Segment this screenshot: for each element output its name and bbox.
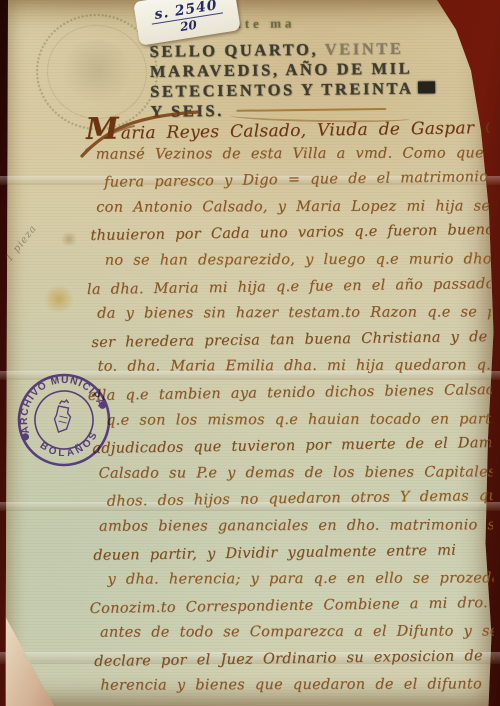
svg-text:BOLAÑOS: BOLAÑOS — [36, 426, 105, 465]
ink-blot-box — [418, 81, 435, 93]
fiscal-stamp-faded-word: VEINTE — [325, 39, 404, 59]
manuscript-line: la dha. Maria mi hija q.e fue en el año … — [87, 271, 491, 304]
handwritten-text-body: Maria Reyes Calsado, Viuda de Gaspar Gue… — [85, 112, 494, 706]
stamp-crest-icon — [47, 398, 76, 436]
manuscript-line: y dha. herencia; y para q.e en ello se p… — [89, 565, 493, 593]
manuscript-line: to. dha. Maria Emilia dha. mi hija queda… — [88, 353, 492, 381]
manuscript-line: ambos bienes gananciales en dho. matrimo… — [89, 512, 493, 540]
manuscript-line: fuera paresco y Digo = que de el matrimo… — [86, 164, 490, 197]
scanned-document-photo: Veinte ma s. 2540 20 SELLO QUARTO, VEINT… — [0, 0, 500, 706]
manuscript-line: Calsado su P.e y demas de los bienes Cap… — [89, 459, 493, 487]
manuscript-line: no se han desparezido, y luego q.e murio… — [87, 246, 491, 274]
manuscript-line: ser heredera precisa tan buena Christian… — [87, 324, 491, 357]
manuscript-line: herencia y bienes que quedaron de el dif… — [90, 672, 494, 700]
stamp-arc-bottom-text: BOLAÑOS — [36, 426, 105, 465]
manuscript-line: thuuieron por Cada uno varios q.e fueron… — [86, 217, 490, 250]
manuscript-line: q.e son los mismos q.e hauian tocado en … — [88, 406, 492, 434]
ink-stain — [60, 232, 78, 246]
manuscript-line: Maria Reyes Calsado, Viuda de Gaspar Gue… — [85, 112, 489, 143]
fiscal-stamp-line3: SETECIENTOS Y TREINTA — [150, 78, 450, 102]
manuscript-line: con Antonio Calsado, y Maria Lopez mi hi… — [86, 193, 490, 221]
manuscript-line: Conozim.to Correspondiente Combiene a mi… — [90, 590, 494, 623]
manuscript-line: dhos. dos hijos no quedaron otros Y dema… — [89, 483, 493, 516]
manuscript-line: ella q.e tambien aya tenido dichos biene… — [88, 377, 492, 410]
manuscript-line: da y bienes sin hazer testam.to Razon q.… — [87, 299, 491, 327]
manuscript-line: mansé Vezinos de esta Villa a vmd. Como … — [86, 140, 490, 168]
manuscript-line: deuen partir, y Dividir ygualmente entre… — [89, 536, 493, 569]
manuscript-line: antes de todo se Comparezca a el Difunto… — [90, 619, 494, 647]
ink-stain — [42, 286, 76, 312]
manuscript-line: adjudicados que tuvieron por muerte de e… — [88, 430, 492, 463]
